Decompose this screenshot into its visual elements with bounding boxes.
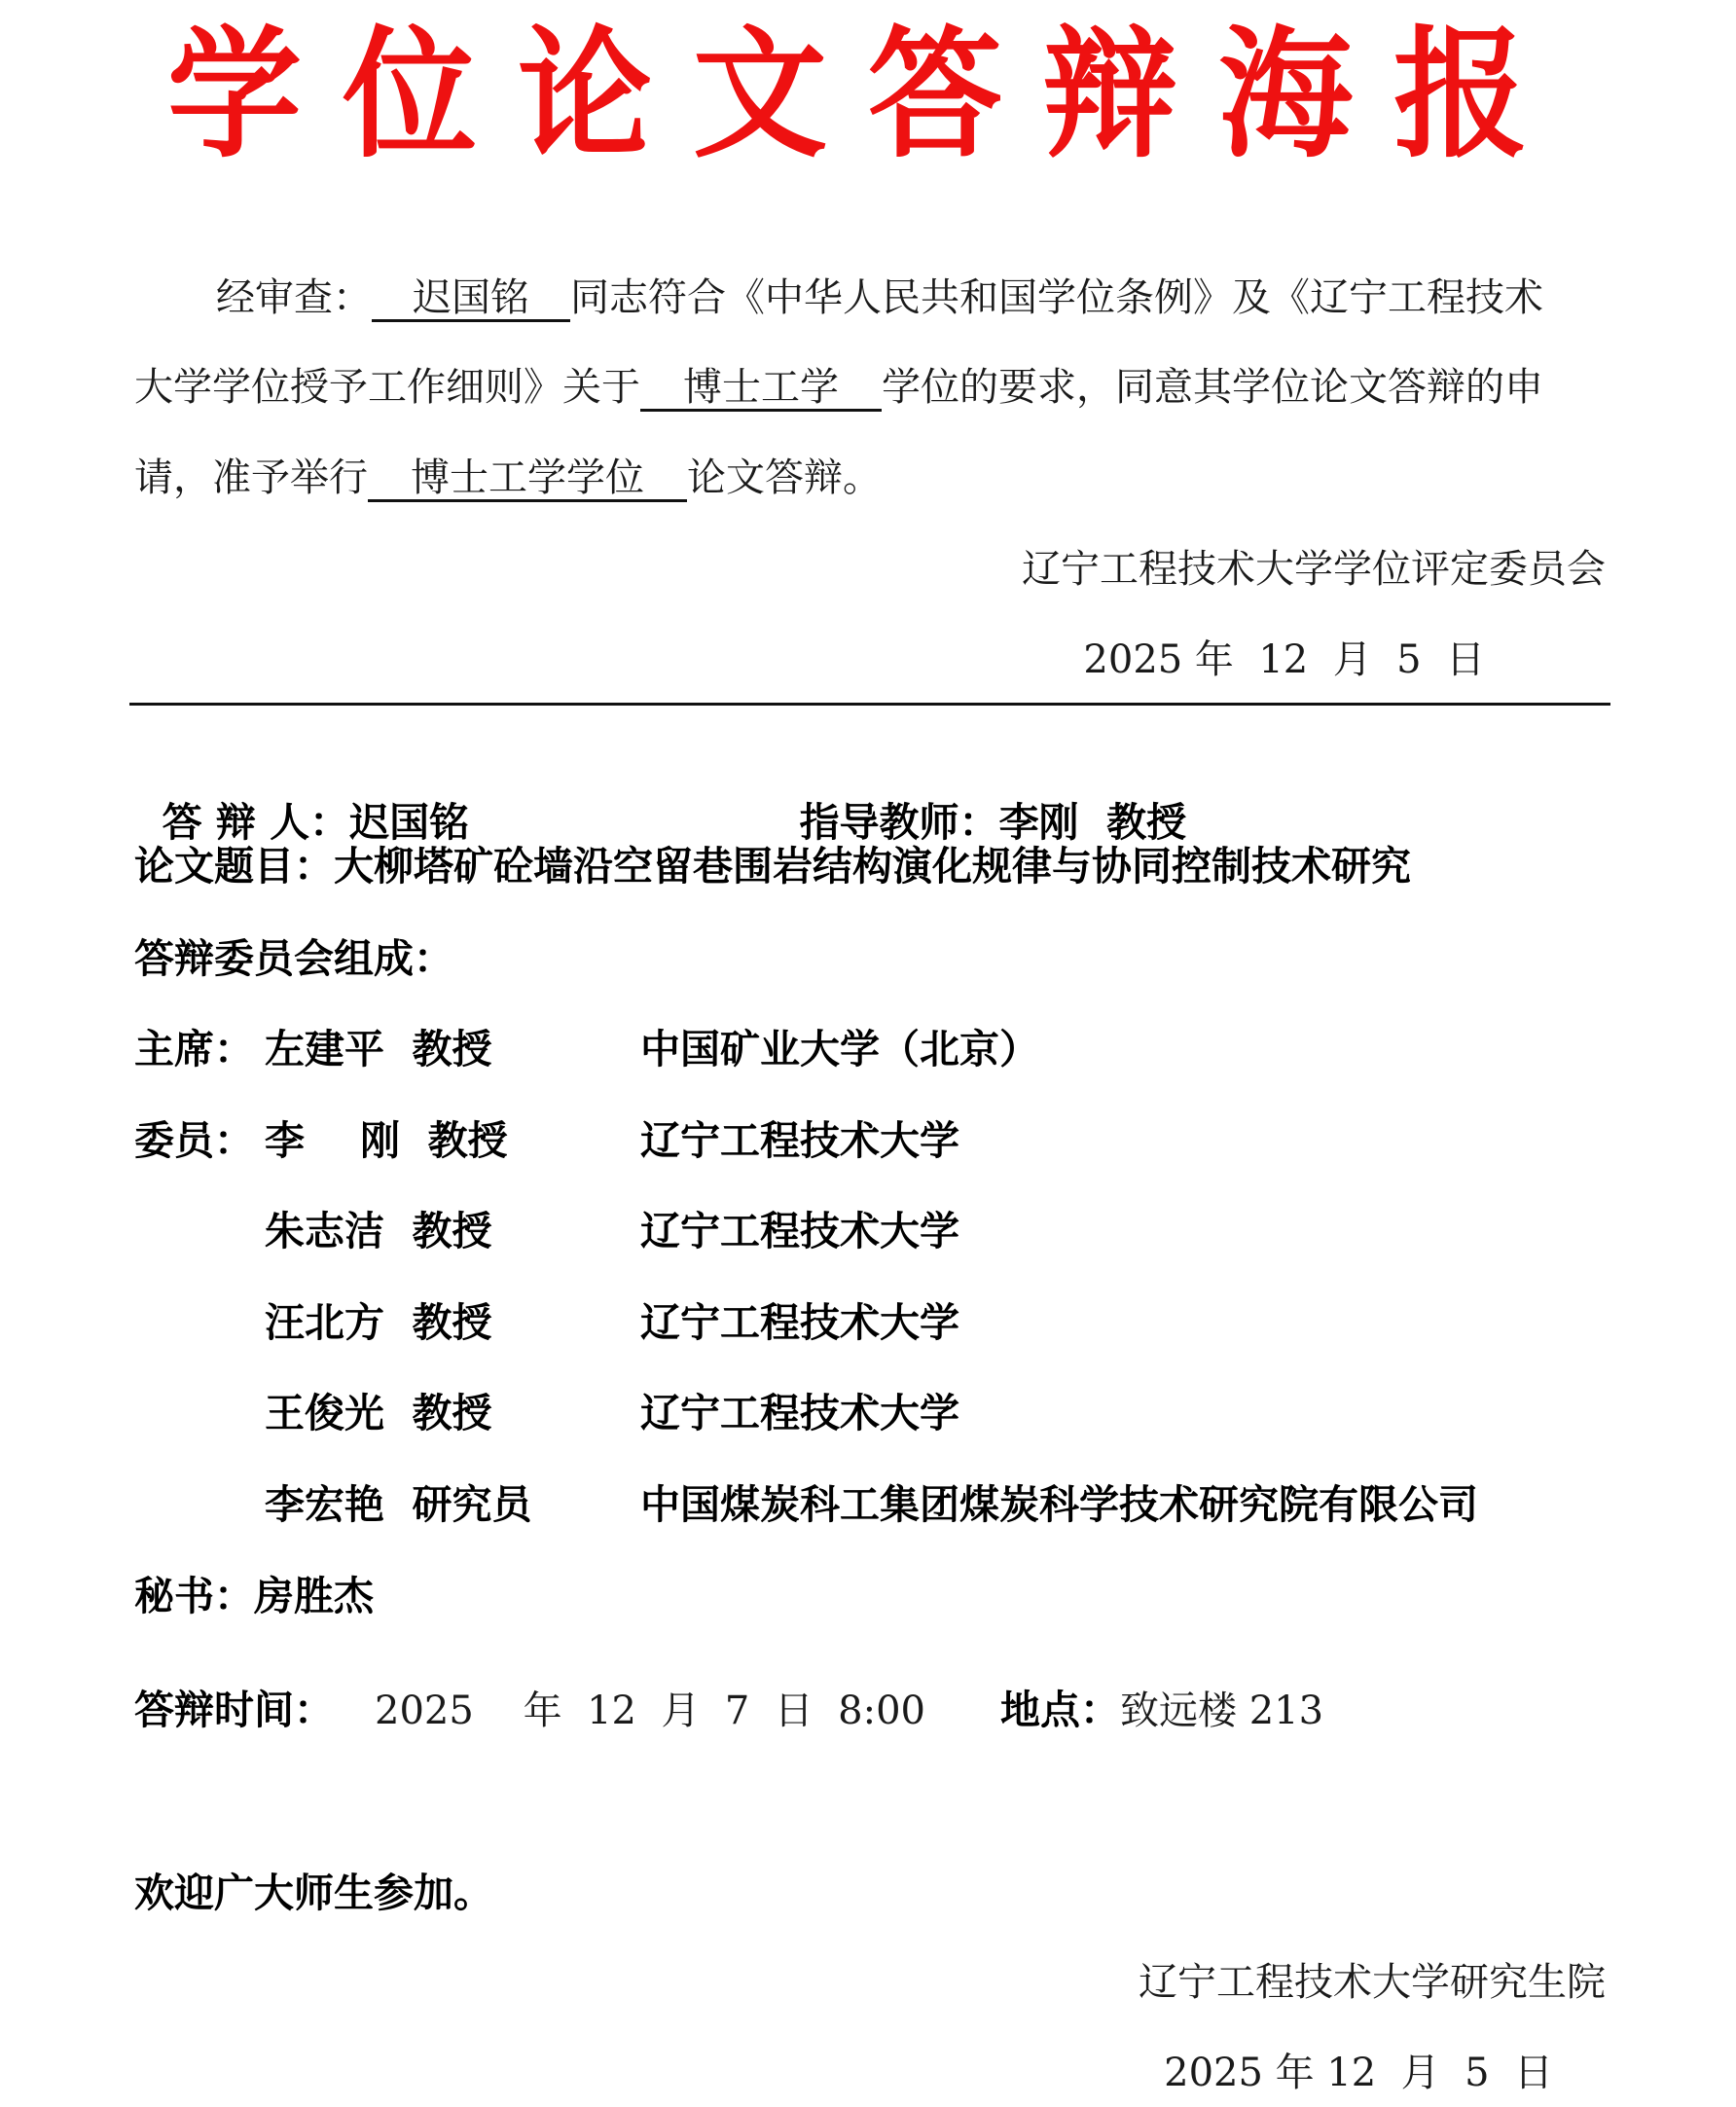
approval-line-3: 请，准予举行博士工学学位论文答辩。 bbox=[134, 454, 882, 502]
approval-text: 同志符合《中华人民共和国学位条例》及《辽宁工程技术 bbox=[570, 275, 1543, 320]
degree-full-field: 博士工学学位 bbox=[368, 456, 687, 502]
thesis-title: 大柳塔矿砼墙沿空留巷围岩结构演化规律与协同控制技术研究 bbox=[334, 843, 1411, 890]
secretary-name: 房胜杰 bbox=[254, 1573, 374, 1619]
degree-type-field: 博士工学 bbox=[640, 366, 882, 412]
poster-title: 学位论文答辩海报 bbox=[0, 18, 1736, 171]
place-row: 地点：致远楼 213 bbox=[1000, 1687, 1323, 1734]
respondent-name: 迟国铭 bbox=[349, 799, 469, 846]
time-label: 答辩时间： bbox=[134, 1687, 334, 1733]
approval-text: 学位的要求，同意其学位论文答辩的申 bbox=[882, 365, 1543, 410]
approval-date: 2025 年 12 月 5 日 bbox=[1083, 636, 1485, 683]
approval-text: 论文答辩。 bbox=[687, 455, 882, 500]
respondent-row: 答 辩 人：迟国铭 bbox=[134, 752, 469, 846]
committee-member-name: 李宏艳 研究员 bbox=[265, 1481, 532, 1528]
footer-issuer: 辽宁工程技术大学研究生院 bbox=[1139, 1959, 1606, 2006]
advisor-label: 指导教师： bbox=[800, 799, 999, 846]
respondent-label: 答 辩 人： bbox=[163, 799, 350, 846]
approval-line-2: 大学学位授予工作细则》关于博士工学学位的要求，同意其学位论文答辩的申 bbox=[134, 364, 1543, 412]
approval-text: 请，准予举行 bbox=[134, 455, 368, 500]
place-label: 地点： bbox=[1000, 1687, 1120, 1733]
committee-member-org: 辽宁工程技术大学 bbox=[640, 1208, 959, 1254]
committee-member-name: 左建平 教授 bbox=[265, 1026, 492, 1072]
approval-issuer: 辽宁工程技术大学学位评定委员会 bbox=[1022, 546, 1606, 593]
advisor-row: 指导教师：李刚 教授 bbox=[772, 752, 1186, 846]
time-row: 答辩时间：2025 年 12 月 7 日 8:00 bbox=[134, 1687, 925, 1734]
approval-line-1: 经审查：迟国铭同志符合《中华人民共和国学位条例》及《辽宁工程技术 bbox=[216, 274, 1543, 322]
committee-member-name: 朱志洁 教授 bbox=[265, 1208, 492, 1254]
time-value: 2025 年 12 月 7 日 8:00 bbox=[375, 1689, 925, 1733]
committee-member-org: 辽宁工程技术大学 bbox=[640, 1299, 959, 1346]
footer-date: 2025 年 12 月 5 日 bbox=[1164, 2050, 1553, 2096]
place-value: 致远楼 213 bbox=[1120, 1689, 1323, 1733]
committee-member-name: 汪北方 教授 bbox=[265, 1299, 492, 1346]
thesis-row: 论文题目：大柳塔矿砼墙沿空留巷围岩结构演化规律与协同控制技术研究 bbox=[134, 843, 1411, 890]
candidate-name-field: 迟国铭 bbox=[372, 276, 570, 322]
committee-member-org: 辽宁工程技术大学 bbox=[640, 1117, 959, 1164]
secretary-label: 秘书： bbox=[134, 1573, 254, 1619]
committee-member-name: 王俊光 教授 bbox=[265, 1390, 492, 1436]
advisor-name: 李刚 教授 bbox=[999, 799, 1187, 846]
committee-member-org: 中国煤炭科工集团煤炭科学技术研究院有限公司 bbox=[640, 1481, 1478, 1528]
divider bbox=[129, 703, 1610, 706]
secretary-row: 秘书：房胜杰 bbox=[134, 1573, 374, 1619]
committee-role: 主席： bbox=[134, 1026, 254, 1072]
approval-prefix: 经审查： bbox=[216, 275, 372, 320]
thesis-label: 论文题目： bbox=[134, 843, 334, 890]
committee-member-org: 中国矿业大学（北京） bbox=[640, 1026, 1039, 1072]
committee-member-org: 辽宁工程技术大学 bbox=[640, 1390, 959, 1436]
committee-label: 答辩委员会组成： bbox=[134, 935, 453, 982]
committee-role: 委员： bbox=[134, 1117, 254, 1164]
committee-member-name: 李 刚 教授 bbox=[265, 1117, 508, 1164]
welcome-text: 欢迎广大师生参加。 bbox=[134, 1870, 493, 1916]
approval-text: 大学学位授予工作细则》关于 bbox=[134, 365, 640, 410]
